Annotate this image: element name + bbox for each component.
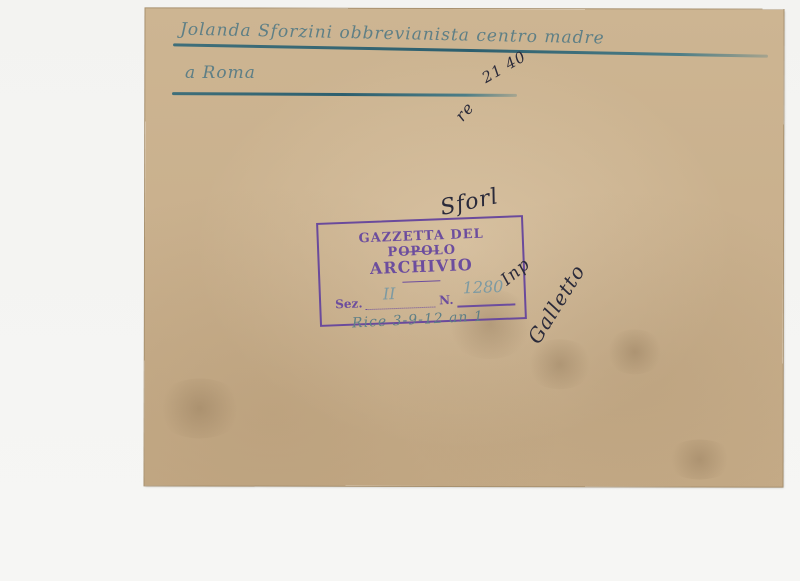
caption-line-2: a Roma (185, 63, 256, 83)
paper-stain (665, 439, 735, 479)
stamp-divider (402, 280, 440, 282)
stamp-section-value: II (382, 284, 395, 303)
stamp-section-label: Sez. (335, 296, 363, 311)
stamp-number-label: N. (439, 293, 454, 308)
paper-stain (605, 329, 665, 374)
stamp-section-line (365, 306, 435, 310)
archive-stamp: GAZZETTA DEL POPOLO ARCHIVIO Sez. II N. … (316, 215, 527, 327)
paper-stain (155, 378, 245, 438)
paper-stain (525, 339, 595, 389)
stamp-number-line (457, 303, 515, 307)
stamp-number-value: 1280 (462, 277, 503, 298)
